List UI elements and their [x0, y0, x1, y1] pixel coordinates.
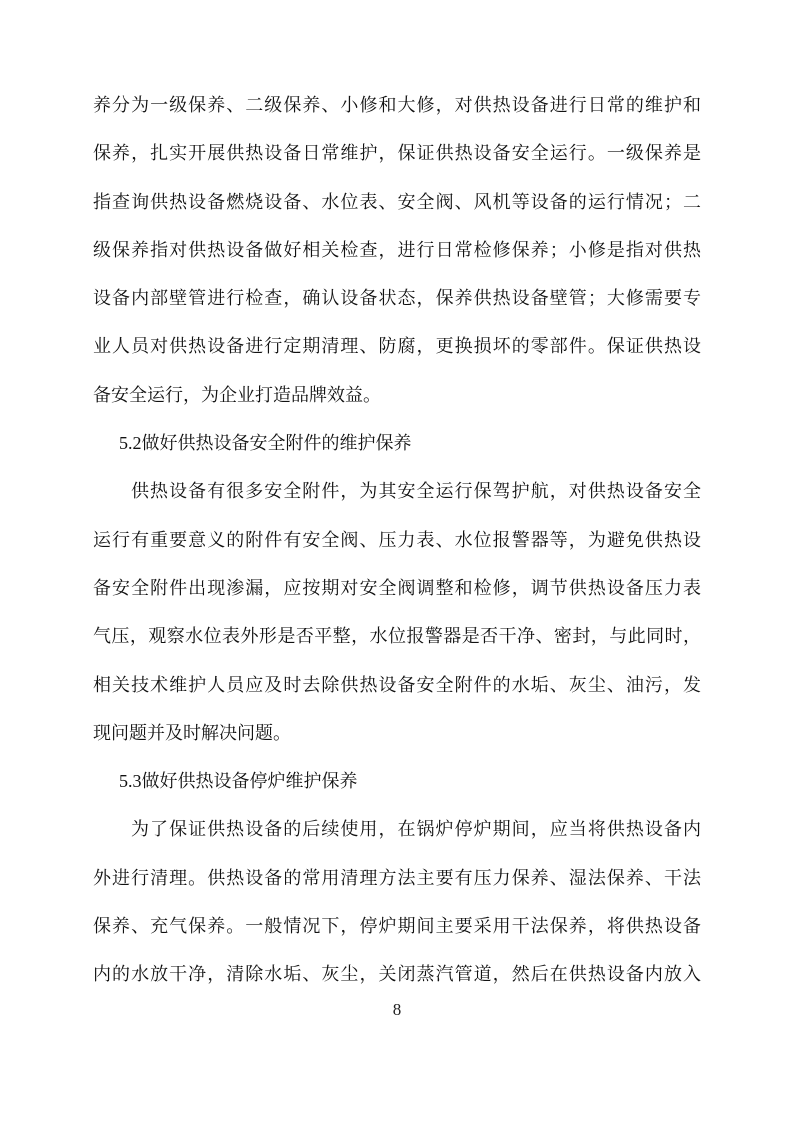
page-number: 8: [393, 1000, 402, 1019]
text-line: 现问题并及时解决问题。: [93, 709, 701, 757]
page-footer: 8: [0, 997, 794, 1023]
text-line: 为了保证供热设备的后续使用，在锅炉停炉期间，应当将供热设备内: [93, 805, 701, 853]
text-line: 备安全附件出现渗漏，应按期对安全阀调整和检修，调节供热设备压力表: [93, 564, 701, 612]
text-line: 运行有重要意义的附件有安全阀、压力表、水位报警器等，为避免供热设: [93, 516, 701, 564]
document-page: 养分为一级保养、二级保养、小修和大修，对供热设备进行日常的维护和保养，扎实开展供…: [0, 0, 794, 1122]
text-line: 相关技术维护人员应及时去除供热设备安全附件的水垢、灰尘、油污，发: [93, 661, 701, 709]
text-line: 保养，扎实开展供热设备日常维护，保证供热设备安全运行。一级保养是: [93, 129, 701, 177]
text-line: 内的水放干净，清除水垢、灰尘，关闭蒸汽管道，然后在供热设备内放入: [93, 950, 701, 998]
text-line: 外进行清理。供热设备的常用清理方法主要有压力保养、湿法保养、干法: [93, 854, 701, 902]
text-line: 业人员对供热设备进行定期清理、防腐，更换损坏的零部件。保证供热设: [93, 322, 701, 370]
section-heading: 5.2做好供热设备安全附件的维护保养: [93, 419, 701, 467]
text-block: 养分为一级保养、二级保养、小修和大修，对供热设备进行日常的维护和保养，扎实开展供…: [93, 81, 701, 999]
section-heading: 5.3做好供热设备停炉维护保养: [93, 757, 701, 805]
text-line: 养分为一级保养、二级保养、小修和大修，对供热设备进行日常的维护和: [93, 81, 701, 129]
text-line: 设备内部壁管进行检查，确认设备状态，保养供热设备壁管；大修需要专: [93, 274, 701, 322]
text-line: 级保养指对供热设备做好相关检查，进行日常检修保养；小修是指对供热: [93, 226, 701, 274]
text-line: 保养、充气保养。一般情况下，停炉期间主要采用干法保养，将供热设备: [93, 902, 701, 950]
text-line: 供热设备有很多安全附件，为其安全运行保驾护航，对供热设备安全: [93, 467, 701, 515]
text-line: 气压，观察水位表外形是否平整，水位报警器是否干净、密封，与此同时，: [93, 612, 701, 660]
text-line: 备安全运行，为企业打造品牌效益。: [93, 371, 701, 419]
text-line: 指查询供热设备燃烧设备、水位表、安全阀、风机等设备的运行情况；二: [93, 178, 701, 226]
